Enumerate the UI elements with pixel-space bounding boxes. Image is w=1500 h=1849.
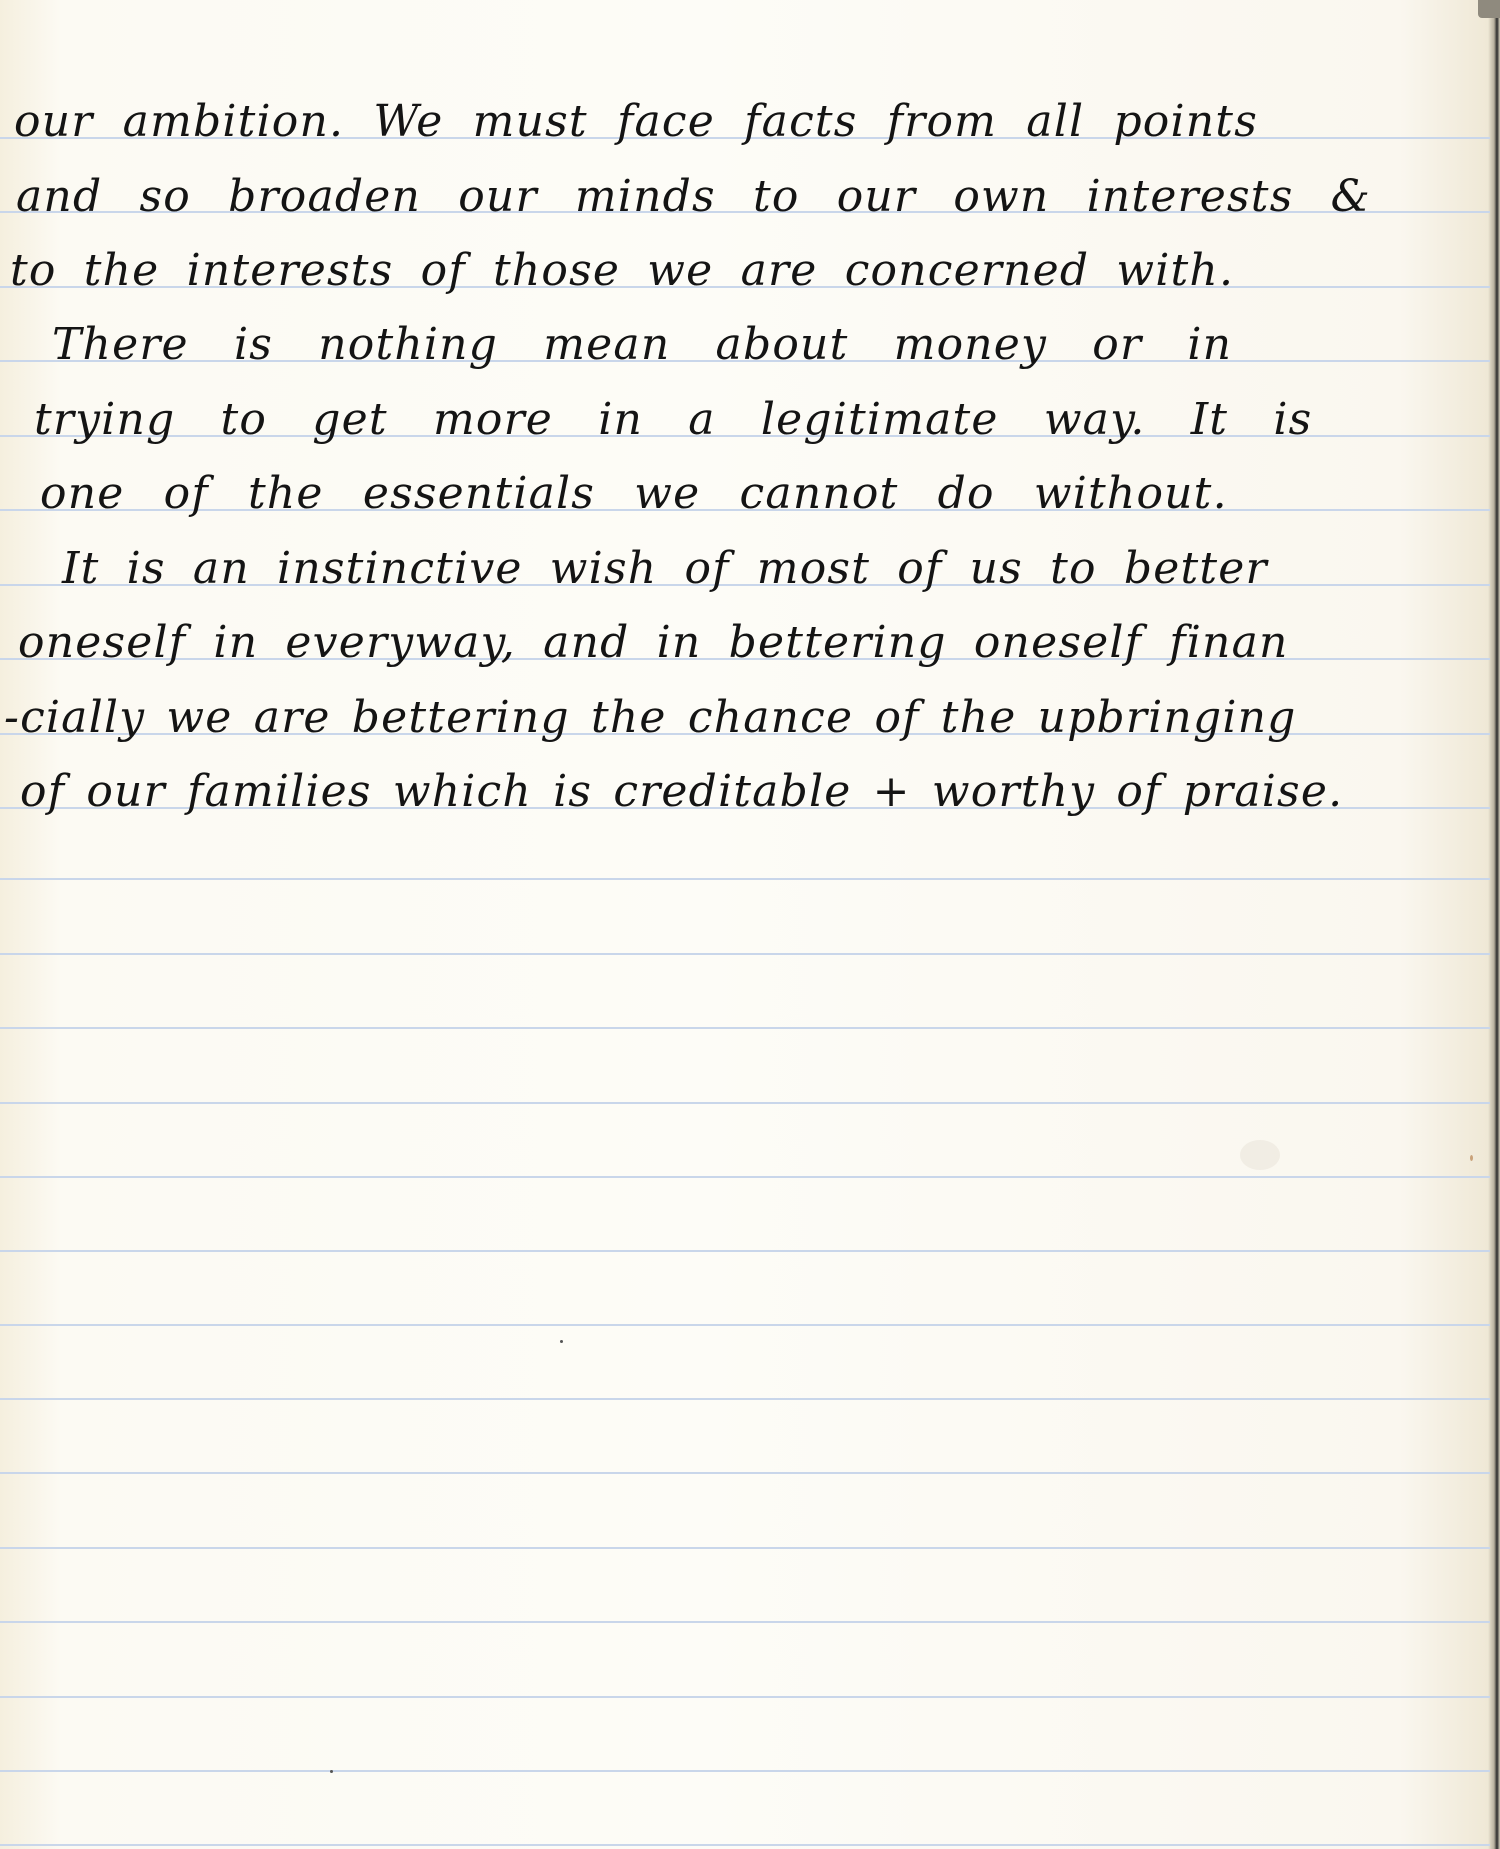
text-line: our ambition. We must face facts from al… (14, 100, 1258, 144)
notebook-page: our ambition. We must face facts from al… (0, 0, 1500, 1849)
rule-line (0, 1472, 1490, 1474)
text-line: oneself in everyway, and in bettering on… (18, 621, 1289, 665)
text-line: and so broaden our minds to our own inte… (16, 175, 1371, 219)
paper-speck (560, 1340, 563, 1343)
rule-line (0, 1324, 1490, 1326)
paper-stain (1240, 1140, 1280, 1170)
rule-line (0, 1102, 1490, 1104)
rule-line (0, 953, 1490, 955)
rule-line (0, 1547, 1490, 1549)
rule-line (0, 1770, 1490, 1772)
rule-line (0, 878, 1490, 880)
rule-line (0, 1844, 1490, 1846)
page-corner-tab (1478, 0, 1500, 18)
rule-line (0, 1027, 1490, 1029)
text-line: to the interests of those we are concern… (10, 249, 1234, 293)
rule-line (0, 1398, 1490, 1400)
rule-line (0, 1621, 1490, 1623)
rule-line (0, 1696, 1490, 1698)
text-line: It is an instinctive wish of most of us … (62, 547, 1268, 591)
text-line: -cially we are bettering the chance of t… (4, 696, 1297, 740)
text-line: There is nothing mean about money or in (52, 323, 1232, 367)
paper-speck (330, 1770, 333, 1773)
rule-line (0, 1176, 1490, 1178)
text-line: of our families which is creditable + wo… (20, 770, 1343, 814)
text-line: one of the essentials we cannot do witho… (40, 472, 1228, 516)
rule-line (0, 1250, 1490, 1252)
paper-speck (1470, 1155, 1473, 1161)
text-line: trying to get more in a legitimate way. … (34, 398, 1312, 442)
